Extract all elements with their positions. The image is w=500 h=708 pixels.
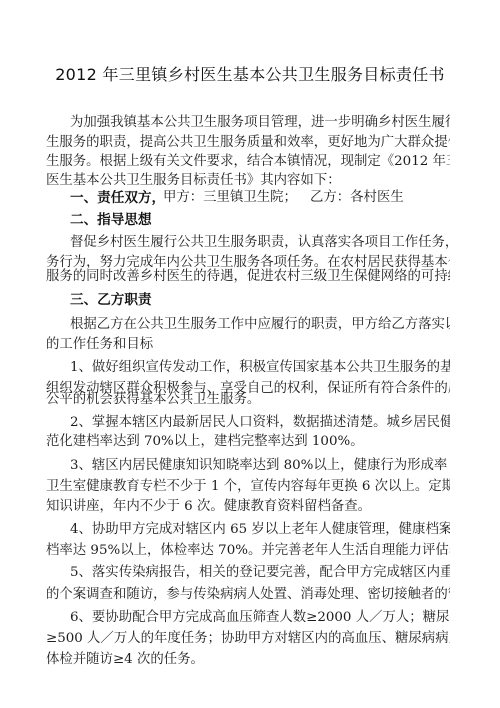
intro-line: 生服务。根据上级有关文件要求，结合本镇情况，现制定《2012 年三里镇乡村	[46, 152, 450, 172]
paragraph-line: 根据乙方在公共卫生服务工作中应履行的职责，甲方给乙方落实以下相应	[70, 315, 450, 335]
item-line: 2、掌握本辖区内最新居民人口资料，数据描述清楚。城乡居民健康档案规	[70, 413, 450, 433]
item-line: 4、协助甲方完成对辖区内 65 岁以上老年人健康管理，健康档案规范化建	[70, 520, 450, 540]
intro-line: 生服务的职责，提高公共卫生服务质量和效率，更好地为广大群众提供公共卫	[46, 133, 450, 153]
paragraph-line: 服务的同时改善乡村医生的待遇，促进农村三级卫生保健网络的可持续发展。	[46, 267, 450, 287]
section-heading: 三、乙方职责	[70, 290, 152, 310]
party-a: 甲方：三里镇卫生院；	[163, 188, 297, 208]
party-b: 乙方：各村医生	[310, 188, 404, 208]
item-line: 公平的机会获得基本公共卫生服务。	[46, 390, 450, 410]
item-line: 3、辖区内居民健康知识知晓率达到 80%以上，健康行为形成率 75%以上。	[70, 456, 450, 476]
item-line: 范化建档率达到 70%以上，建档完整率达到 100%。	[46, 432, 450, 452]
section-heading: 二、指导思想	[70, 210, 152, 230]
document-page: 2012 年三里镇乡村医生基本公共卫生服务目标责任书 为加强我镇基本公共卫生服务…	[0, 0, 500, 708]
item-line: 卫生室健康教育专栏不少于 1 个，宣传内容每年更换 6 次以上。定期举办健康	[46, 477, 450, 497]
item-line: 档率达 95%以上，体检率达 70%。并完善老年人生活自理能力评估表。	[46, 541, 450, 561]
section-heading: 一、责任双方，	[70, 188, 165, 208]
paragraph-line: 的工作任务和目标	[46, 335, 450, 355]
item-line: 1、做好组织宣传发动工作，积极宣传国家基本公共卫生服务的基本内容，	[70, 358, 450, 378]
item-line: ≥500 人／万人的年度任务；协助甲方对辖区内的高血压、糖尿病病人进行年度	[46, 629, 450, 649]
intro-line: 为加强我镇基本公共卫生服务项目管理，进一步明确乡村医生履行公共卫	[70, 113, 450, 133]
item-line: 5、落实传染病报告，相关的登记要完善，配合甲方完成辖区内重点传染病	[70, 563, 450, 583]
item-line: 6、要协助配合甲方完成高血压筛查人数≥2000 人／万人；糖尿病筛查人数	[70, 608, 450, 628]
paragraph-line: 督促乡村医生履行公共卫生服务职责，认真落实各项目工作任务，规范服	[70, 233, 450, 253]
document-title: 2012 年三里镇乡村医生基本公共卫生服务目标责任书	[0, 64, 500, 86]
item-line: 体检并随访≥4 次的任务。	[46, 650, 450, 670]
item-line: 的个案调查和随访，参与传染病病人处置、消毒处理、密切接触者的管理。	[46, 585, 450, 605]
item-line: 知识讲座，年内不少于 6 次。健康教育资料留档备查。	[46, 497, 450, 517]
